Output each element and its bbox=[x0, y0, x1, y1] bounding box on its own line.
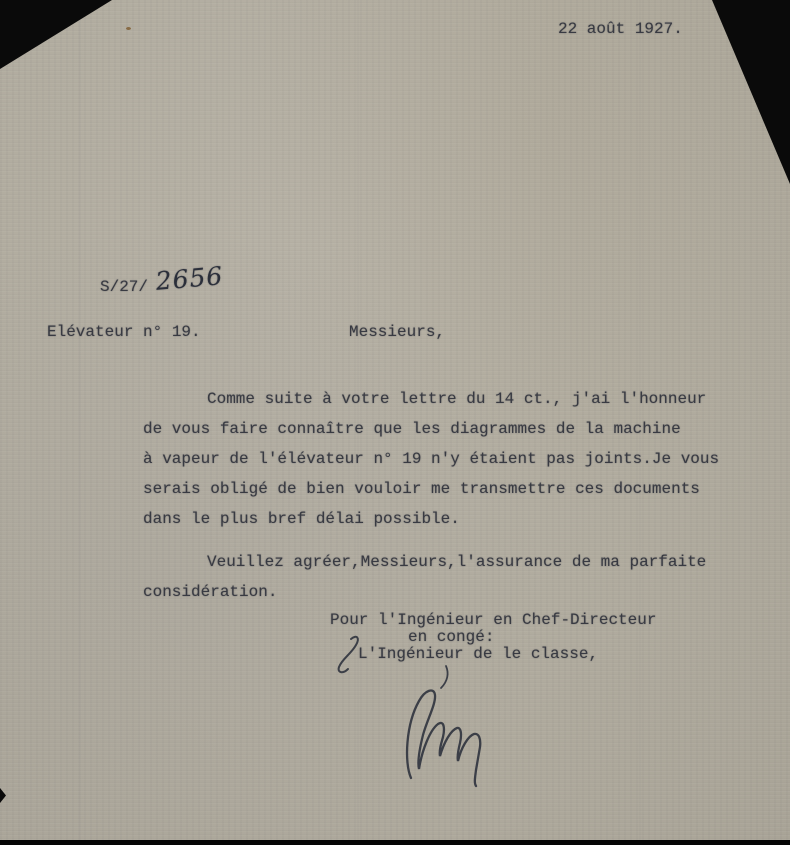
signature-status-line: en congé: bbox=[408, 629, 656, 646]
body-paragraph-2: Veuillez agréer,Messieurs,l'assurance de… bbox=[143, 547, 706, 607]
signature-block: Pour l'Ingénieur en Chef-Directeur en co… bbox=[330, 612, 656, 663]
reference-typed: S/27/ bbox=[100, 278, 148, 296]
reference-line: S/27/2656 bbox=[100, 268, 224, 297]
reference-handwritten-number: 2656 bbox=[155, 261, 225, 296]
subject-line: Elévateur n° 19. bbox=[47, 323, 201, 341]
body-line: considération. bbox=[143, 577, 706, 607]
body-line: Comme suite à votre lettre du 14 ct., j'… bbox=[143, 384, 719, 414]
scanned-letter: 22 août 1927. S/27/2656 Elévateur n° 19.… bbox=[0, 0, 790, 845]
body-line: à vapeur de l'élévateur n° 19 n'y étaien… bbox=[143, 444, 719, 474]
body-line: de vous faire connaître que les diagramm… bbox=[143, 414, 719, 444]
body-paragraph-1: Comme suite à votre lettre du 14 ct., j'… bbox=[143, 384, 719, 534]
letter-date: 22 août 1927. bbox=[558, 20, 683, 38]
signature-handwritten bbox=[396, 680, 516, 788]
handwritten-flourish bbox=[334, 634, 362, 676]
salutation: Messieurs, bbox=[349, 323, 445, 341]
scan-edge-bottom bbox=[0, 840, 790, 845]
paper-speck bbox=[126, 27, 131, 30]
body-line: dans le plus bref délai possible. bbox=[143, 504, 719, 534]
body-line: serais obligé de bien vouloir me transme… bbox=[143, 474, 719, 504]
body-line: Veuillez agréer,Messieurs,l'assurance de… bbox=[143, 547, 706, 577]
signature-rank-line: L'Ingénieur de le classe, bbox=[358, 646, 656, 663]
signature-title-line: Pour l'Ingénieur en Chef-Directeur bbox=[330, 612, 656, 629]
